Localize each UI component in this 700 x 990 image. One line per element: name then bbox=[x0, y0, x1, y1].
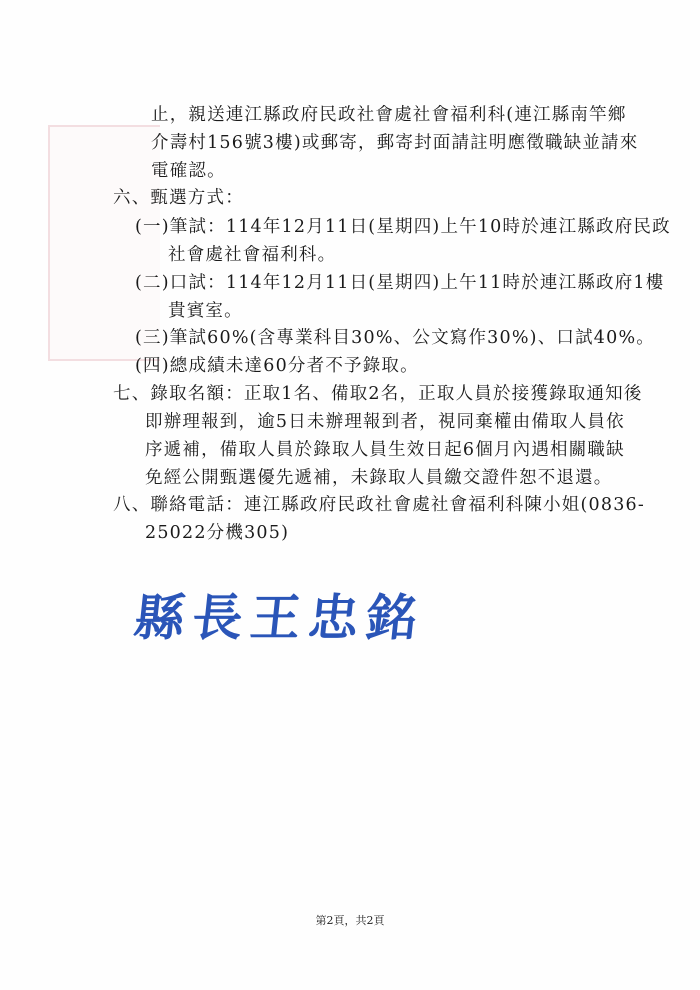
document-page: 止，親送連江縣政府民政社會處社會福利科(連江縣南竿鄉 介壽村156號3樓)或郵寄… bbox=[0, 0, 700, 990]
list-item-continuation: 貴賓室。 bbox=[168, 298, 243, 324]
section-heading: 七、錄取名額：正取1名、備取2名，正取人員於接獲錄取通知後 bbox=[113, 381, 643, 407]
paragraph-line: 止，親送連江縣政府民政社會處社會福利科(連江縣南竿鄉 bbox=[151, 102, 627, 128]
list-item: (三)筆試60%(含專業科目30%、公文寫作30%)、口試40%。 bbox=[135, 325, 655, 351]
paragraph-line: 序遞補，備取人員於錄取人員生效日起6個月內遇相關職缺 bbox=[145, 437, 625, 463]
list-item: (一)筆試：114年12月11日(星期四)上午10時於連江縣政府民政 bbox=[135, 214, 671, 240]
paragraph-line: 免經公開甄選優先遞補，未錄取人員繳交證件恕不退還。 bbox=[145, 465, 613, 491]
page-number: 第2頁，共2頁 bbox=[0, 912, 700, 928]
paragraph-line: 即辦理報到，逾5日未辦理報到者，視同棄權由備取人員依 bbox=[145, 409, 625, 435]
list-item: (四)總成績未達60分者不予錄取。 bbox=[135, 353, 419, 379]
paragraph-line: 介壽村156號3樓)或郵寄，郵寄封面請註明應徵職缺並請來 bbox=[151, 130, 638, 156]
paragraph-line: 電確認。 bbox=[151, 158, 226, 184]
paragraph-line: 25022分機305) bbox=[145, 520, 289, 546]
list-item: (二)口試：114年12月11日(星期四)上午11時於連江縣政府1樓 bbox=[135, 270, 664, 296]
list-item-continuation: 社會處社會福利科。 bbox=[168, 242, 336, 268]
section-heading: 八、聯絡電話：連江縣政府民政社會處社會福利科陳小姐(0836- bbox=[113, 492, 645, 518]
signature: 縣長王忠銘 bbox=[131, 578, 429, 650]
section-heading: 六、甄選方式： bbox=[113, 185, 244, 211]
